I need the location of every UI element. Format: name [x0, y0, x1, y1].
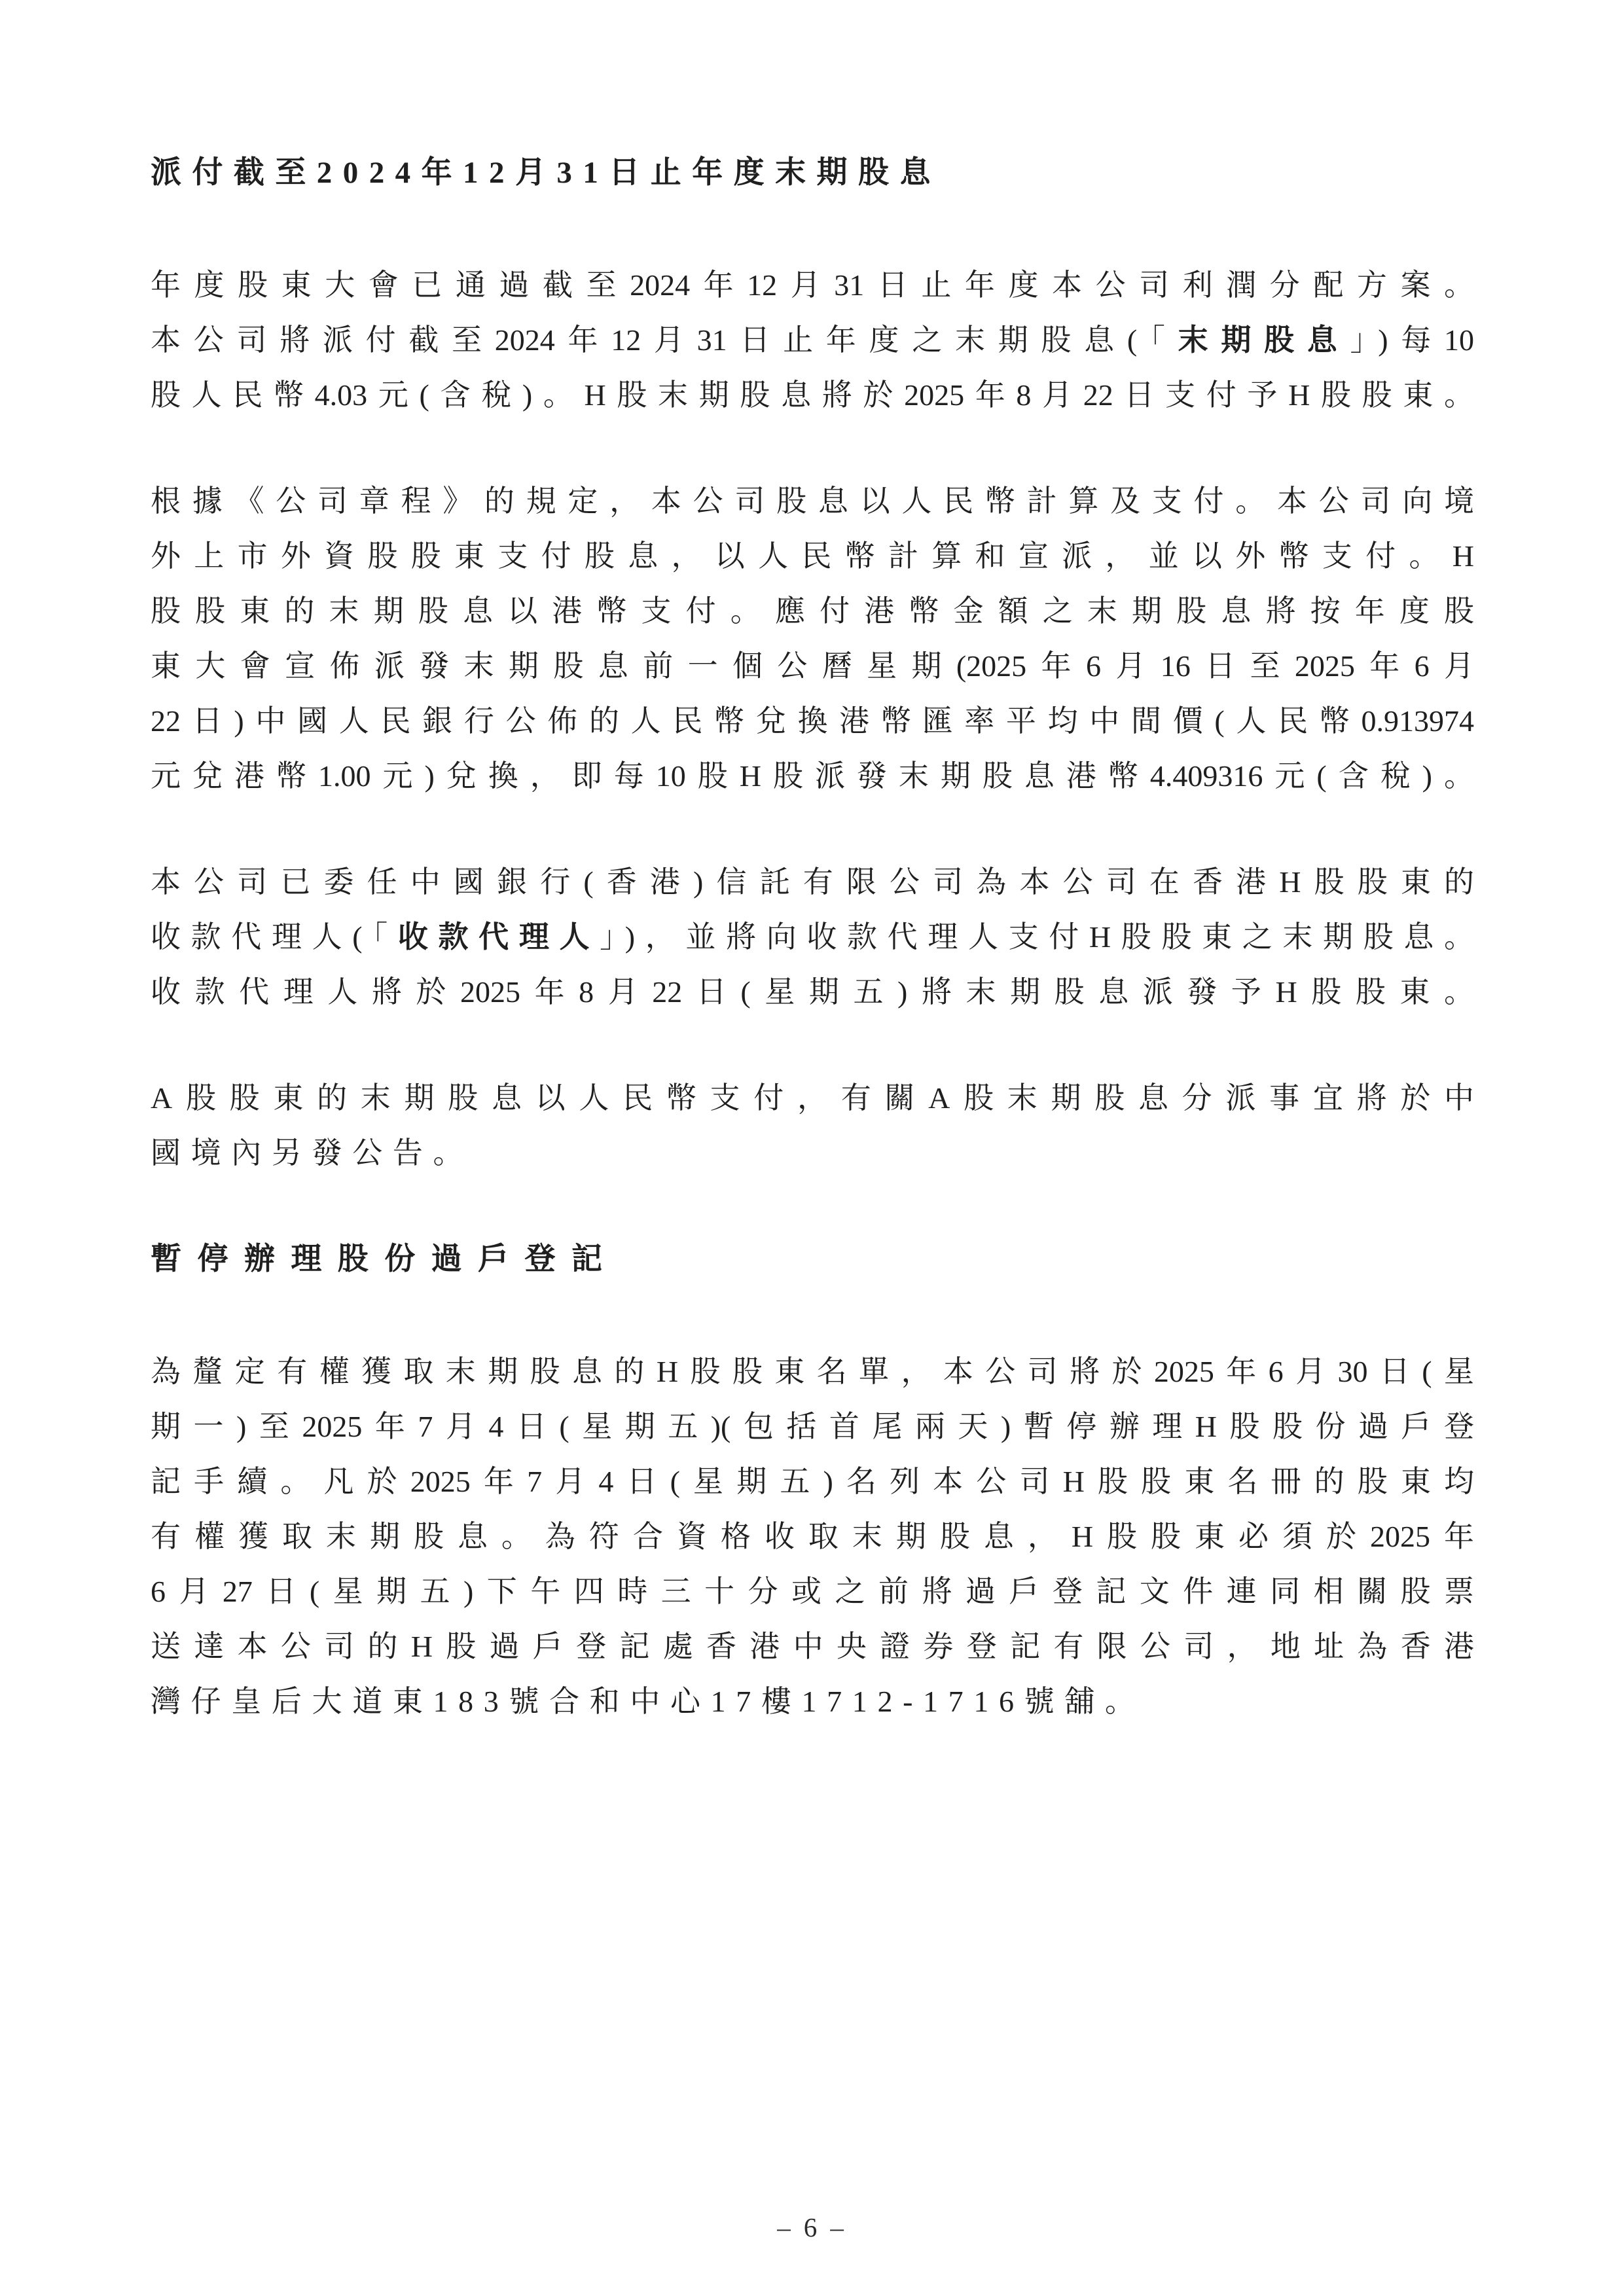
text-line: 期一)至2025年7月4日(星期五)(包括首尾兩天)暫停辦理H股股份過戶登 — [151, 1399, 1474, 1454]
text-segment: 期一)至2025年7月4日(星期五)(包括首尾兩天)暫停辦理H股股份過戶登 — [151, 1410, 1474, 1443]
text-line: 收款代理人將於2025年8月22日(星期五)將末期股息派發予H股股東。 — [151, 965, 1474, 1020]
text-line: A股股東的末期股息以人民幣支付，有關A股末期股息分派事宜將於中 — [151, 1071, 1474, 1126]
text-line: 外上市外資股股東支付股息，以人民幣計算和宣派，並以外幣支付。H — [151, 529, 1474, 584]
text-segment: 外上市外資股股東支付股息，以人民幣計算和宣派，並以外幣支付。H — [151, 539, 1474, 573]
text-line: 送達本公司的H股過戶登記處香港中央證券登記有限公司，地址為香港 — [151, 1619, 1474, 1674]
text-segment: 收款代理人(「 — [151, 920, 398, 954]
page-footer: – 6 – — [0, 2211, 1624, 2244]
text-segment: 為釐定有權獲取末期股息的H股股東名單，本公司將於2025年6月30日(星 — [151, 1355, 1474, 1388]
document-page: 派付截至2024年12月31日止年度末期股息年度股東大會已通過截至2024年12… — [0, 0, 1624, 2296]
text-segment: 送達本公司的H股過戶登記處香港中央證券登記有限公司，地址為香港 — [151, 1630, 1474, 1663]
text-segment: 收款代理人將於2025年8月22日(星期五)將末期股息派發予H股股東。 — [151, 975, 1474, 1009]
text-line: 元兌港幣1.00元)兌換，即每10股H股派發末期股息港幣4.409316元(含稅… — [151, 749, 1474, 804]
text-line: 有權獲取末期股息。為符合資格收取末期股息，H股股東必須於2025年 — [151, 1509, 1474, 1564]
text-segment: 本公司將派付截至2024年12月31日止年度之末期股息(「 — [151, 323, 1178, 357]
text-line: 東大會宣佈派發末期股息前一個公曆星期(2025年6月16日至2025年6月 — [151, 639, 1474, 694]
text-segment: 灣仔皇后大道東183號合和中心17樓1712-1716號舖。 — [151, 1685, 1146, 1718]
paragraph: 年度股東大會已通過截至2024年12月31日止年度本公司利潤分配方案。本公司將派… — [151, 258, 1474, 423]
text-line: 記手續。凡於2025年7月4日(星期五)名列本公司H股股東名冊的股東均 — [151, 1454, 1474, 1509]
text-line: 本公司將派付截至2024年12月31日止年度之末期股息(「末期股息」)每10 — [151, 313, 1474, 368]
text-line: 為釐定有權獲取末期股息的H股股東名單，本公司將於2025年6月30日(星 — [151, 1344, 1474, 1399]
defined-term-bold: 末期股息 — [1178, 323, 1350, 357]
text-segment: 根據《公司章程》的規定，本公司股息以人民幣計算及支付。本公司向境 — [151, 484, 1474, 518]
text-segment: 有權獲取末期股息。為符合資格收取末期股息，H股股東必須於2025年 — [151, 1520, 1474, 1553]
text-line: 22日)中國人民銀行公佈的人民幣兌換港幣匯率平均中間價(人民幣0.913974 — [151, 694, 1474, 749]
paragraph: 根據《公司章程》的規定，本公司股息以人民幣計算及支付。本公司向境外上市外資股股東… — [151, 474, 1474, 804]
paragraph: A股股東的末期股息以人民幣支付，有關A股末期股息分派事宜將於中國境內另發公告。 — [151, 1071, 1474, 1181]
text-line: 6月27日(星期五)下午四時三十分或之前將過戶登記文件連同相關股票 — [151, 1564, 1474, 1619]
text-segment: 」)，並將向收款代理人支付H股股東之末期股息。 — [600, 920, 1474, 954]
text-segment: 本公司已委任中國銀行(香港)信託有限公司為本公司在香港H股股東的 — [151, 865, 1474, 899]
text-segment: 22日)中國人民銀行公佈的人民幣兌換港幣匯率平均中間價(人民幣0.913974 — [151, 704, 1474, 738]
text-segment: 年度股東大會已通過截至2024年12月31日止年度本公司利潤分配方案。 — [151, 268, 1474, 302]
text-segment: 股人民幣4.03元(含稅)。H股末期股息將於2025年8月22日支付予H股股東。 — [151, 378, 1474, 412]
text-line: 年度股東大會已通過截至2024年12月31日止年度本公司利潤分配方案。 — [151, 258, 1474, 313]
defined-term-bold: 收款代理人 — [398, 920, 600, 954]
text-segment: 股股東的末期股息以港幣支付。應付港幣金額之末期股息將按年度股 — [151, 594, 1474, 628]
text-segment: 」)每10 — [1350, 323, 1474, 357]
text-line: 本公司已委任中國銀行(香港)信託有限公司為本公司在香港H股股東的 — [151, 855, 1474, 910]
text-line: 收款代理人(「收款代理人」)，並將向收款代理人支付H股股東之末期股息。 — [151, 910, 1474, 965]
paragraph: 為釐定有權獲取末期股息的H股股東名單，本公司將於2025年6月30日(星期一)至… — [151, 1344, 1474, 1729]
text-line: 國境內另發公告。 — [151, 1126, 1474, 1181]
text-segment: 元兌港幣1.00元)兌換，即每10股H股派發末期股息港幣4.409316元(含稅… — [151, 759, 1474, 793]
paragraph: 本公司已委任中國銀行(香港)信託有限公司為本公司在香港H股股東的收款代理人(「收… — [151, 855, 1474, 1020]
text-segment: 東大會宣佈派發末期股息前一個公曆星期(2025年6月16日至2025年6月 — [151, 649, 1474, 683]
text-segment: 記手續。凡於2025年7月4日(星期五)名列本公司H股股東名冊的股東均 — [151, 1465, 1474, 1498]
text-segment: A股股東的末期股息以人民幣支付，有關A股末期股息分派事宜將於中 — [151, 1081, 1474, 1115]
section-heading-dividend-payment: 派付截至2024年12月31日止年度末期股息 — [151, 145, 1474, 200]
text-segment: 國境內另發公告。 — [151, 1136, 473, 1170]
page-number: – 6 – — [777, 2212, 847, 2242]
text-line: 股人民幣4.03元(含稅)。H股末期股息將於2025年8月22日支付予H股股東。 — [151, 368, 1474, 423]
text-segment: 6月27日(星期五)下午四時三十分或之前將過戶登記文件連同相關股票 — [151, 1575, 1474, 1608]
text-line: 灣仔皇后大道東183號合和中心17樓1712-1716號舖。 — [151, 1674, 1474, 1729]
text-line: 根據《公司章程》的規定，本公司股息以人民幣計算及支付。本公司向境 — [151, 474, 1474, 529]
document-body: 派付截至2024年12月31日止年度末期股息年度股東大會已通過截至2024年12… — [151, 145, 1474, 1729]
section-heading-closure-of-register: 暫停辦理股份過戶登記 — [151, 1232, 1474, 1287]
text-line: 股股東的末期股息以港幣支付。應付港幣金額之末期股息將按年度股 — [151, 584, 1474, 639]
